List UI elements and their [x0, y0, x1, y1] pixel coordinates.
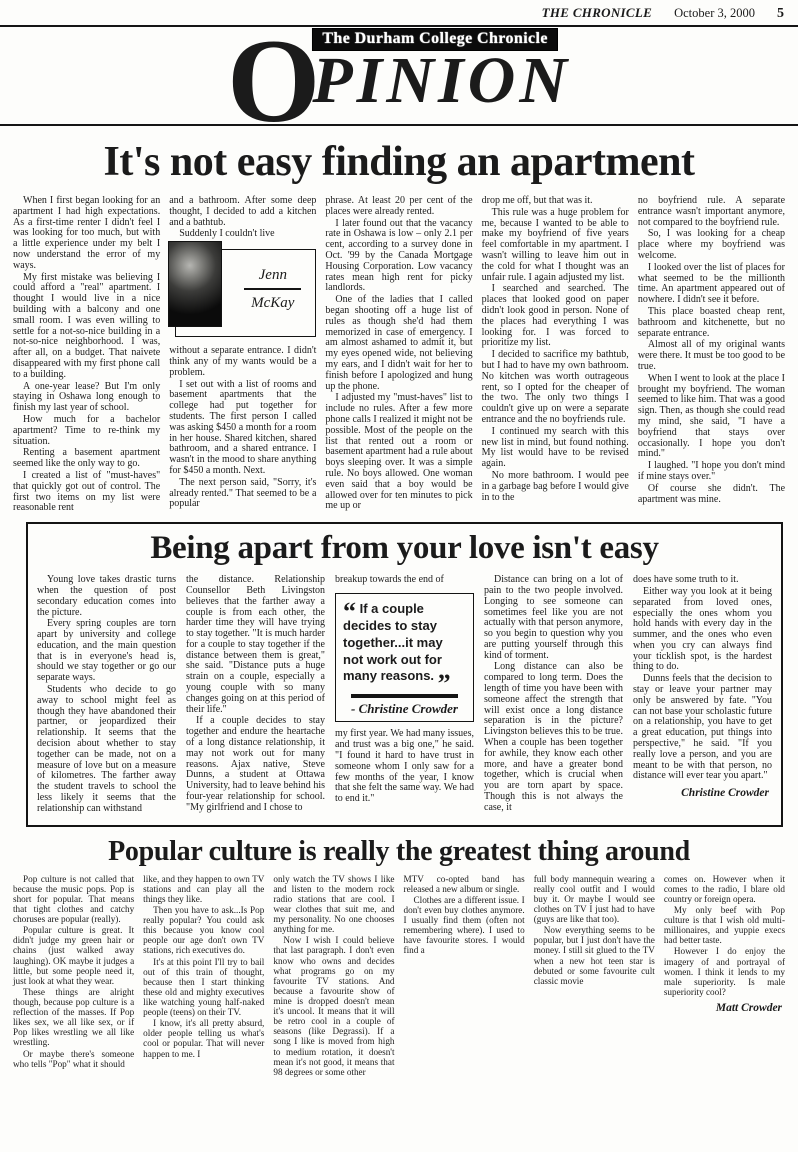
apartment-headline: It's not easy finding an apartment	[0, 138, 798, 186]
article-long-distance: Being apart from your love isn't easy Yo…	[26, 522, 783, 827]
paragraph: Young love takes drastic turns when the …	[37, 575, 176, 618]
text-segment: the distance. Relationship Counsellor Be…	[186, 575, 325, 814]
pull-quote: “ If a couple decides to stay together..…	[335, 593, 474, 722]
text-segment: Pop culture is not called that because t…	[13, 874, 134, 1069]
page-number: 5	[777, 6, 784, 22]
paragraph: So, I was looking for a cheap place wher…	[638, 229, 785, 261]
paragraph: I later found out that the vacancy rate …	[325, 219, 472, 295]
newspaper-page: THE CHRONICLE October 3, 2000 5 O The Du…	[0, 0, 798, 1152]
text-segment: does have some truth to it.Either way yo…	[633, 575, 772, 782]
issue-date: October 3, 2000	[674, 6, 755, 21]
paragraph: This rule was a huge problem for me, bec…	[482, 208, 629, 284]
paragraph: breakup towards the end of	[335, 575, 474, 586]
paragraph: phrase. At least 20 per cent of the plac…	[325, 196, 472, 218]
paragraph: no boyfriend rule. A separate entrance w…	[638, 196, 785, 228]
byline-names: Jenn McKay	[232, 250, 315, 312]
paragraph: Or maybe there's someone who tells "Pop"…	[13, 1049, 134, 1069]
paragraph: My only beef with Pop culture is that I …	[664, 905, 785, 945]
pop-column-6: comes on. However when it comes to the r…	[664, 874, 785, 1078]
text-segment: drop me off, but that was it.This rule w…	[482, 196, 629, 503]
paragraph: I created a list of "must-haves" that qu…	[13, 471, 160, 514]
section-title: PINION	[312, 55, 571, 107]
love-column-2: the distance. Relationship Counsellor Be…	[186, 575, 325, 816]
paragraph: and a bathroom. After some deep thought,…	[169, 196, 316, 228]
paragraph: Pop culture is not called that because t…	[13, 874, 134, 925]
paragraph: This place boasted cheap rent, bathroom …	[638, 307, 785, 339]
apartment-columns: When I first began looking for an apartm…	[0, 196, 798, 515]
long-distance-headline: Being apart from your love isn't easy	[35, 530, 774, 567]
pop-culture-headline: Popular culture is really the greatest t…	[0, 836, 798, 868]
paragraph: I know, it's all pretty absurd, older pe…	[143, 1018, 264, 1058]
pop-column-2: like, and they happen to own TV stations…	[143, 874, 264, 1078]
text-segment: like, and they happen to own TV stations…	[143, 874, 264, 1059]
text-segment: breakup towards the end of	[335, 575, 474, 586]
paragraph: One of the ladies that I called began sh…	[325, 295, 472, 392]
paragraph: I set out with a list of rooms and basem…	[169, 380, 316, 477]
paragraph: I adjusted my "must-haves" list to inclu…	[325, 393, 472, 512]
paragraph: Popular culture is great. It didn't judg…	[13, 925, 134, 986]
paragraph: The next person said, "Sorry, it's alrea…	[169, 478, 316, 510]
paragraph: I laughed. "I hope you don't mind if min…	[638, 461, 785, 483]
paragraph: Long distance can also be compared to lo…	[484, 662, 623, 813]
byline-divider	[244, 288, 301, 290]
paragraph: Now I wish I could believe that last par…	[273, 935, 394, 1077]
paragraph: MTV co-opted band has released a new alb…	[404, 874, 525, 894]
paragraph: If a couple decides to stay together and…	[186, 716, 325, 813]
close-quote-icon: ”	[438, 669, 451, 698]
section-initial-letter: O	[227, 28, 318, 120]
section-masthead: O The Durham College Chronicle PINION	[0, 27, 798, 126]
apartment-column-3: phrase. At least 20 per cent of the plac…	[325, 196, 472, 515]
apartment-column-2: and a bathroom. After some deep thought,…	[169, 196, 316, 515]
apartment-column-5: no boyfriend rule. A separate entrance w…	[638, 196, 785, 515]
paragraph: I decided to sacrifice my bathtub, but I…	[482, 350, 629, 426]
paragraph: Now everything seems to be popular, but …	[534, 925, 655, 986]
paragraph: Suddenly I couldn't live	[169, 229, 316, 240]
love-column-1: Young love takes drastic turns when the …	[37, 575, 176, 816]
apartment-column-1: When I first began looking for an apartm…	[13, 196, 160, 515]
paragraph: I continued my search with this new list…	[482, 427, 629, 470]
paragraph: Every spring couples are torn apart by u…	[37, 619, 176, 684]
byline-last-name: McKay	[236, 294, 309, 312]
paragraph: A one-year lease? But I'm only staying i…	[13, 382, 160, 414]
paragraph: No more bathroom. I would pee in a garba…	[482, 471, 629, 503]
article-apartment: It's not easy finding an apartment When …	[0, 138, 798, 515]
paragraph: only watch the TV shows I like and liste…	[273, 874, 394, 935]
love-column-4: Distance can bring on a lot of pain to t…	[484, 575, 623, 816]
paragraph: I searched and searched. The places that…	[482, 284, 629, 349]
byline-first-name: Jenn	[236, 266, 309, 284]
text-segment: full body mannequin wearing a really coo…	[534, 874, 655, 986]
paragraph: without a separate entrance. I didn't th…	[169, 346, 316, 378]
text-segment: MTV co-opted band has released a new alb…	[404, 874, 525, 956]
pop-column-1: Pop culture is not called that because t…	[13, 874, 134, 1078]
paragraph: Dunns feels that the decision to stay or…	[633, 674, 772, 782]
author-signoff: Christine Crowder	[633, 787, 772, 799]
paper-name: THE CHRONICLE	[542, 5, 652, 21]
long-distance-columns: Young love takes drastic turns when the …	[35, 575, 774, 816]
paragraph: Of course she didn't. The apartment was …	[638, 484, 785, 506]
author-photo	[168, 241, 222, 327]
pop-culture-columns: Pop culture is not called that because t…	[0, 874, 798, 1078]
paragraph: my first year. We had many issues, and t…	[335, 729, 474, 805]
love-column-5: does have some truth to it.Either way yo…	[633, 575, 772, 816]
paragraph: However I do enjoy the imagery of and po…	[664, 946, 785, 997]
pop-column-4: MTV co-opted band has released a new alb…	[404, 874, 525, 1078]
paragraph: My first mistake was believing I could a…	[13, 273, 160, 381]
byline-box: Jenn McKay	[175, 249, 316, 337]
paragraph: full body mannequin wearing a really coo…	[534, 874, 655, 925]
paragraph: How much for a bachelor apartment? Time …	[13, 415, 160, 447]
article-pop-culture: Popular culture is really the greatest t…	[0, 836, 798, 1078]
text-segment: comes on. However when it comes to the r…	[664, 874, 785, 997]
paragraph: Almost all of my original wants were the…	[638, 340, 785, 372]
pop-column-5: full body mannequin wearing a really coo…	[534, 874, 655, 1078]
paragraph: Distance can bring on a lot of pain to t…	[484, 575, 623, 661]
paragraph: I looked over the list of places for wha…	[638, 263, 785, 306]
text-segment: no boyfriend rule. A separate entrance w…	[638, 196, 785, 505]
paragraph: Renting a basement apartment seemed like…	[13, 448, 160, 470]
paragraph: does have some truth to it.	[633, 575, 772, 586]
apartment-column-4: drop me off, but that was it.This rule w…	[482, 196, 629, 515]
author-signoff: Matt Crowder	[664, 1002, 785, 1015]
text-segment: phrase. At least 20 per cent of the plac…	[325, 196, 472, 512]
paragraph: drop me off, but that was it.	[482, 196, 629, 207]
pull-quote-body: If a couple decides to stay together...i…	[343, 601, 443, 684]
text-segment: Young love takes drastic turns when the …	[37, 575, 176, 815]
text-segment: When I first began looking for an apartm…	[13, 196, 160, 514]
paragraph: Clothes are a different issue. I don't e…	[404, 895, 525, 956]
paragraph: These things are alright though, because…	[13, 987, 134, 1048]
text-segment: Distance can bring on a lot of pain to t…	[484, 575, 623, 814]
paragraph: When I first began looking for an apartm…	[13, 196, 160, 272]
paragraph: Then you have to ask...Is Pop really pop…	[143, 905, 264, 956]
paragraph: comes on. However when it comes to the r…	[664, 874, 785, 904]
paragraph: When I went to look at the place I broug…	[638, 374, 785, 460]
text-segment: only watch the TV shows I like and liste…	[273, 874, 394, 1077]
paragraph: It's at this point I'll try to bail out …	[143, 957, 264, 1018]
pop-column-3: only watch the TV shows I like and liste…	[273, 874, 394, 1078]
pull-quote-text: “ If a couple decides to stay together..…	[343, 601, 466, 685]
paragraph: Either way you look at it being separate…	[633, 587, 772, 673]
paragraph: like, and they happen to own TV stations…	[143, 874, 264, 904]
love-column-3: breakup towards the end of “ If a couple…	[335, 575, 474, 816]
text-segment: and a bathroom. After some deep thought,…	[169, 196, 316, 240]
paragraph: Students who decide to go away to school…	[37, 685, 176, 815]
masthead-logo: O The Durham College Chronicle PINION	[227, 28, 571, 120]
running-header: THE CHRONICLE October 3, 2000 5	[0, 0, 798, 27]
text-segment: my first year. We had many issues, and t…	[335, 729, 474, 805]
pull-quote-attribution: - Christine Crowder	[343, 702, 466, 718]
paragraph: the distance. Relationship Counsellor Be…	[186, 575, 325, 715]
text-segment: without a separate entrance. I didn't th…	[169, 346, 316, 510]
